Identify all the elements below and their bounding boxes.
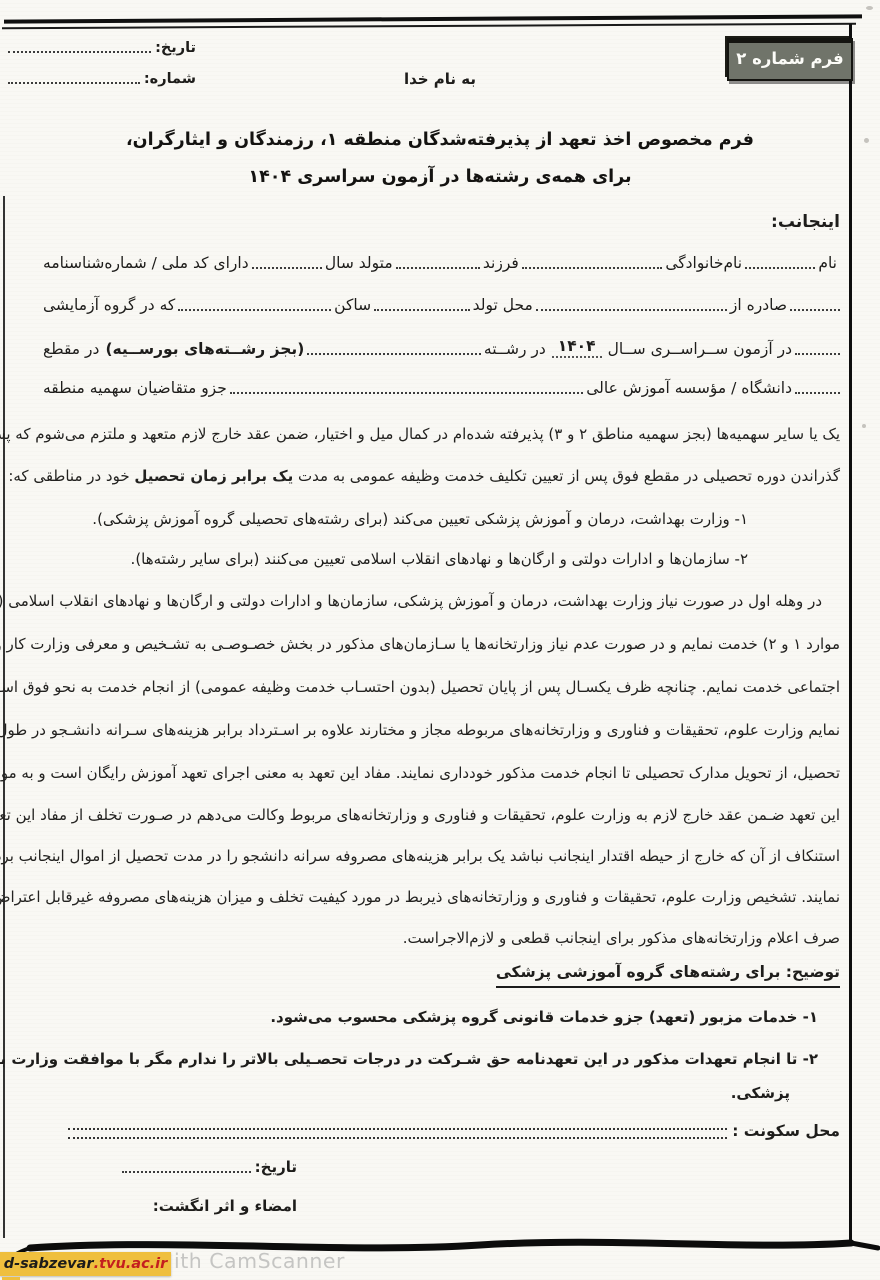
residence-row: محل سکونت :	[68, 1122, 840, 1140]
family-name-blank-field	[522, 263, 663, 269]
family-name-label: نام‌خانوادگی	[665, 254, 742, 272]
pledge-body-line-3: اجتماعی خدمت نمایم. چنانچه ظرف یکسـال پس…	[40, 677, 840, 697]
issued-from-blank-field	[536, 305, 727, 311]
explanation-item-2-line-2: پزشکی.	[40, 1084, 840, 1102]
form-number-label: فرم شماره ۲	[736, 49, 843, 68]
camscanner-watermark-text: ith CamScanner	[174, 1249, 345, 1273]
birth-year-blank-field	[252, 263, 322, 269]
footer-date-blank-field	[122, 1167, 251, 1173]
page-border-left	[3, 196, 5, 1238]
scholarship-exception-note: (بجز رشــته‌های بورســیه)	[105, 340, 304, 358]
scan-artifact	[864, 138, 869, 143]
field-line-exam: در آزمون ســراســری ســال ۱۴۰۴ در رشــته…	[40, 337, 840, 358]
pledge-body-line-2: موارد ۱ و ۲) خدمت نمایم و در صورت عدم نی…	[40, 634, 840, 654]
residence-label: محل سکونت :	[732, 1122, 840, 1140]
page-border-right	[849, 24, 852, 1242]
pledge-body-line-4: نمایم وزارت علوم، تحقیقات و فناوری و وزا…	[40, 720, 840, 740]
major-blank-field	[307, 349, 481, 355]
name-blank-field	[745, 263, 815, 269]
degree-label: در مقطع	[43, 340, 99, 358]
site-watermark-domain: .tvu.ac.ir	[94, 1256, 168, 1272]
pledge-body-line-5: تحصیل، از تحویل مدارک تحصیلی تا انجام خد…	[40, 763, 840, 783]
site-watermark-name: d-sabzevar	[4, 1256, 94, 1272]
exam-year-value: ۱۴۰۴	[552, 337, 602, 358]
birth-year-label: متولد سال	[325, 254, 393, 272]
pledge-body-line-7: استنکاف از آن که خارج از حیطه اقتدار این…	[40, 846, 840, 866]
footer-sign-block: تاریخ: امضاء و اثر انگشت:	[122, 1158, 297, 1215]
footer-date-row: تاریخ:	[122, 1158, 297, 1176]
birthplace-blank-field	[374, 305, 470, 311]
quota-label: جزو متقاضیان سهمیه منطقه	[43, 379, 227, 397]
resident-label: ساکن	[334, 296, 371, 314]
scanned-form-page: فرم شماره ۲ تاریخ: شماره: به نام خدا فرم…	[0, 0, 880, 1280]
university-label: دانشگاه / مؤسسه آموزش عالی	[586, 379, 792, 397]
name-label: نام	[818, 254, 837, 272]
explanation-item-2-line-1: ۲- تا انجام تعهدات مذکور در این تعهدنامه…	[40, 1050, 840, 1068]
pledge-duration-emphasis: یک برابر زمان تحصیل	[134, 467, 293, 485]
form-title-line1: فرم مخصوص اخذ تعهد از پذیرفته‌شدگان منطق…	[40, 130, 840, 150]
field-line-university: دانشگاه / مؤسسه آموزش عالی جزو متقاضیان …	[40, 379, 840, 397]
field-line-birth: صادره از محل تولد ساکن که در گروه آزمایش…	[40, 296, 840, 314]
birthplace-label: محل تولد	[473, 296, 533, 314]
resident-blank-field	[178, 305, 331, 311]
national-exam-label: در آزمون ســراســری ســال	[608, 340, 792, 358]
scan-artifact	[862, 424, 866, 428]
residence-blank-field	[68, 1128, 727, 1139]
pledge-item-1: ۱- وزارت بهداشت، درمان و آموزش پزشکی تعی…	[40, 510, 840, 528]
date-row: تاریخ:	[8, 40, 196, 56]
degree-blank-field	[795, 388, 840, 394]
field-line-identity: نام نام‌خانوادگی فرزند متولد سال دارای ک…	[40, 254, 840, 272]
pledge-line-2-post: خود در مناطقی که:	[8, 467, 134, 485]
applicant-heading: اینجانب:	[771, 212, 840, 232]
exam-group-blank-field	[795, 349, 840, 355]
date-blank-field	[8, 47, 151, 53]
explanation-heading: توضیح: برای رشته‌های گروه آموزشی پزشکی	[496, 963, 840, 988]
explanation-item-1: ۱- خدمات مزبور (تعهد) جزو خدمات قانونی گ…	[40, 1008, 840, 1026]
major-label: در رشــته	[484, 340, 546, 358]
pledge-line-2-pre: گذراندن دوره تحصیلی در مقطع فوق پس از تع…	[293, 467, 840, 485]
national-id-blank-field	[790, 305, 840, 311]
pledge-body-line-9: صرف اعلام وزارتخانه‌های مذکور برای اینجا…	[40, 928, 840, 948]
university-blank-field	[230, 388, 583, 394]
bismillah: به نام خدا	[0, 70, 880, 88]
pledge-line-1: یک یا سایر سهمیه‌ها (بجز سهمیه مناطق ۲ و…	[40, 424, 840, 444]
date-label: تاریخ:	[155, 40, 196, 56]
footer-date-label: تاریخ:	[255, 1158, 297, 1176]
father-name-blank-field	[396, 263, 480, 269]
pledge-body-line-1: در وهله اول در صورت نیاز وزارت بهداشت، د…	[40, 591, 840, 611]
page-border-top	[4, 14, 862, 23]
pledge-item-2: ۲- سازمان‌ها و ادارات دولتی و ارگان‌ها و…	[40, 550, 840, 568]
site-watermark: d-sabzevar.tvu.ac.ir	[0, 1252, 171, 1276]
national-id-label: دارای کد ملی / شماره‌شناسنامه	[43, 254, 249, 272]
page-border-top-inner	[2, 23, 856, 29]
pledge-body-line-8: نمایند. تشخیص وزارت علوم، تحقیقات و فناو…	[40, 887, 840, 907]
pledge-body-line-6: این تعهد ضـمن عقد خارج لازم به وزارت علو…	[40, 805, 840, 825]
scan-artifact	[866, 6, 873, 10]
signature-label: امضاء و اثر انگشت:	[122, 1197, 297, 1215]
issued-from-label: صادره از	[730, 296, 787, 314]
pledge-line-2: گذراندن دوره تحصیلی در مقطع فوق پس از تع…	[40, 466, 840, 486]
form-title-line2: برای همه‌ی رشته‌ها در آزمون سراسری ۱۴۰۴	[40, 167, 840, 187]
father-name-label: فرزند	[483, 254, 519, 272]
exam-group-label: که در گروه آزمایشی	[43, 296, 175, 314]
